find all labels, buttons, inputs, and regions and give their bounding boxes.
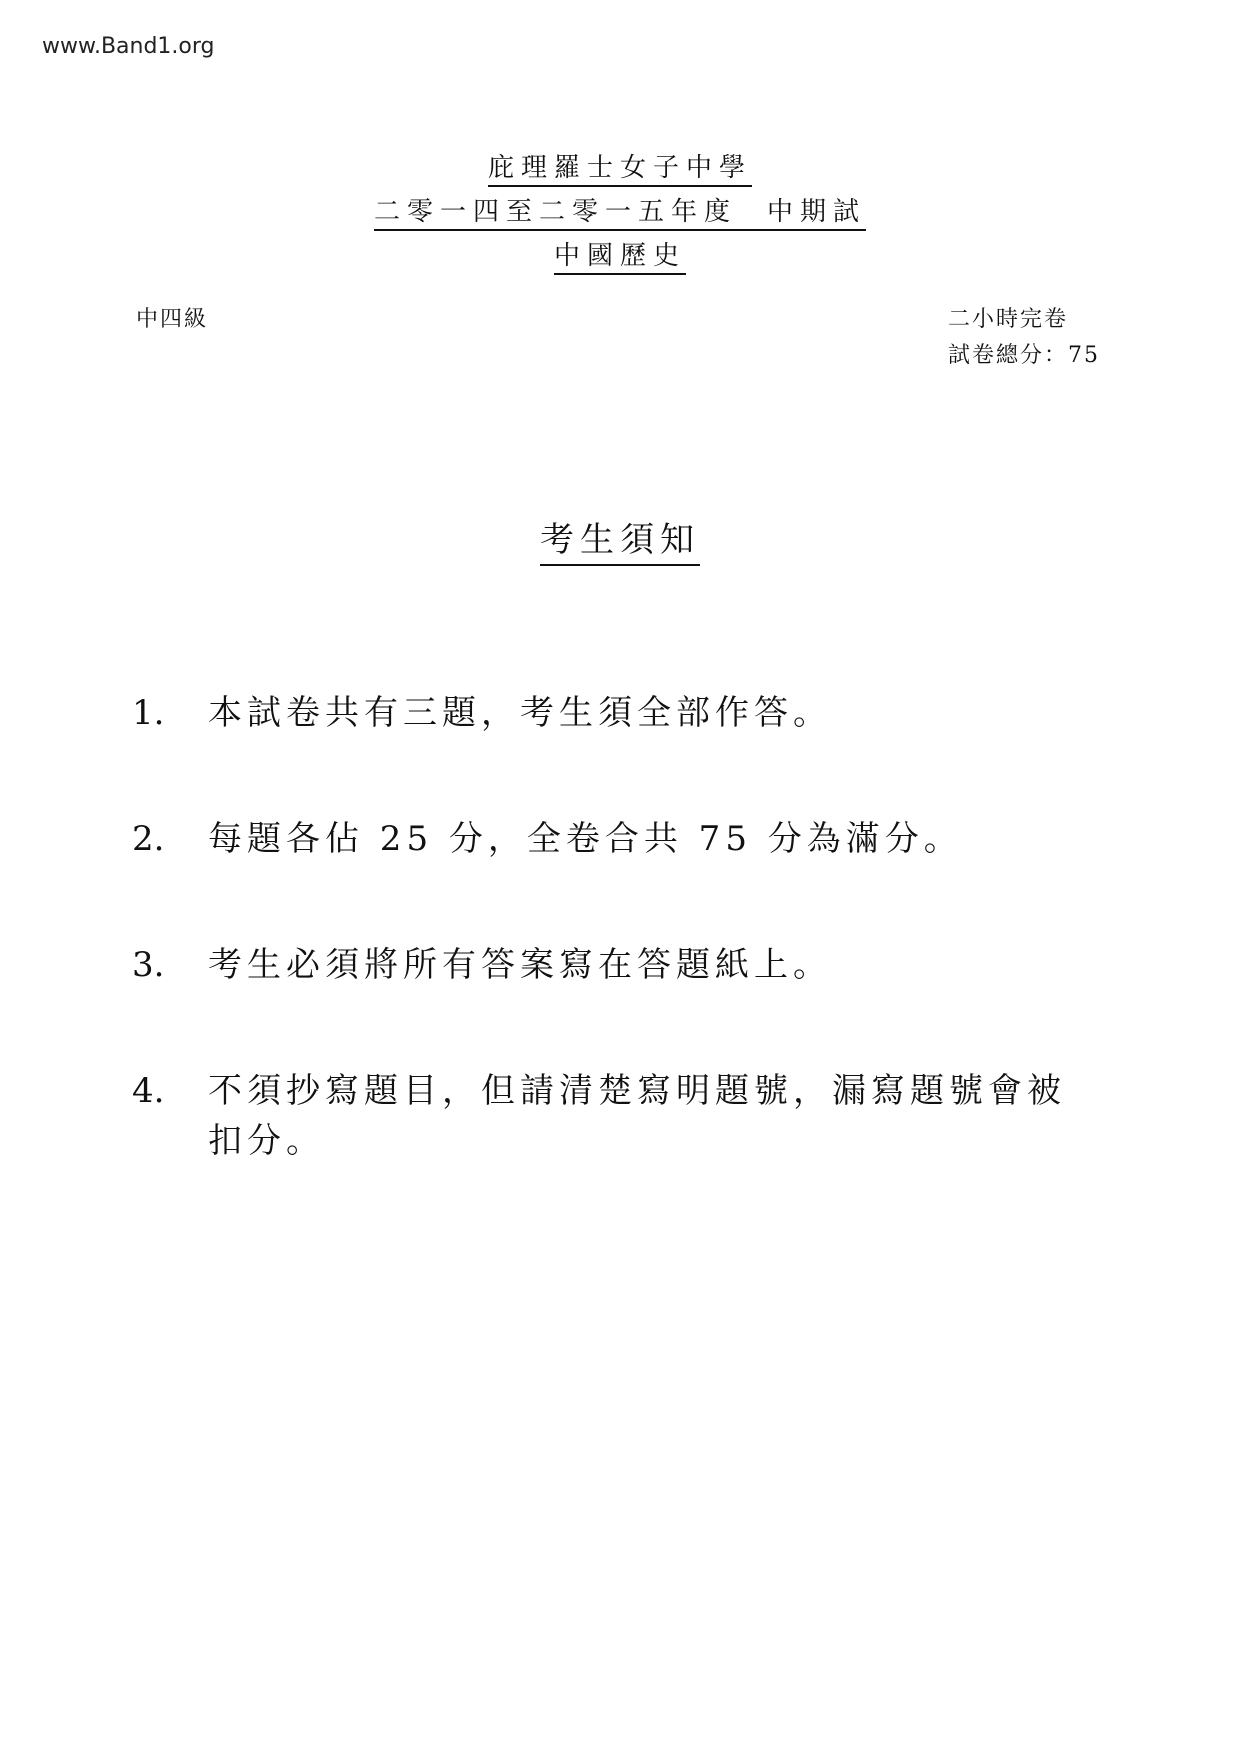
instructions-heading-text: 考生須知 [540, 520, 700, 566]
school-name-line: 庇理羅士女子中學 [0, 152, 1240, 184]
total-marks: 試卷總分：75 [948, 338, 1100, 374]
instruction-item: 1. 本試卷共有三題，考生須全部作答。 [132, 688, 1092, 738]
academic-year-and-exam: 二零一四至二零一五年度中期試 [374, 197, 866, 231]
exam-duration: 二小時完卷 [948, 302, 1100, 338]
instruction-item: 3. 考生必須將所有答案寫在答題紙上。 [132, 940, 1092, 990]
instruction-number: 3. [132, 940, 208, 990]
instruction-text: 本試卷共有三題，考生須全部作答。 [208, 688, 1092, 738]
instruction-number: 4. [132, 1066, 208, 1166]
instructions-list: 1. 本試卷共有三題，考生須全部作答。 2. 每題各佔 25 分，全卷合共 75… [132, 688, 1092, 1242]
school-name: 庇理羅士女子中學 [488, 153, 752, 187]
academic-year: 二零一四至二零一五年度 [374, 197, 737, 227]
subject-line: 中國歷史 [0, 240, 1240, 272]
instructions-heading: 考生須知 [0, 512, 1240, 561]
subject: 中國歷史 [554, 241, 686, 275]
instruction-text: 不須抄寫題目，但請清楚寫明題號，漏寫題號會被扣分。 [208, 1066, 1092, 1166]
exam-meta: 二小時完卷 試卷總分：75 [948, 302, 1100, 374]
instruction-number: 2. [132, 814, 208, 864]
instruction-item: 4. 不須抄寫題目，但請清楚寫明題號，漏寫題號會被扣分。 [132, 1066, 1092, 1166]
grade-level: 中四級 [136, 302, 208, 333]
exam-year-line: 二零一四至二零一五年度中期試 [0, 196, 1240, 228]
instruction-text: 每題各佔 25 分，全卷合共 75 分為滿分。 [208, 814, 1092, 864]
instruction-item: 2. 每題各佔 25 分，全卷合共 75 分為滿分。 [132, 814, 1092, 864]
instruction-number: 1. [132, 688, 208, 738]
exam-type: 中期試 [767, 197, 866, 227]
exam-title-block: 庇理羅士女子中學 二零一四至二零一五年度中期試 中國歷史 [0, 152, 1240, 284]
instruction-text: 考生必須將所有答案寫在答題紙上。 [208, 940, 1092, 990]
watermark: www.Band1.org [42, 34, 215, 59]
